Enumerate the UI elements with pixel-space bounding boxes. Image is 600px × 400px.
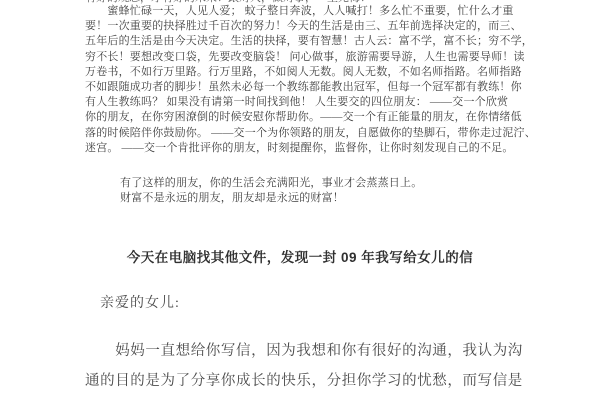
text-line: 不如跟随成功者的脚步！虽然未必每一个教练都能教出冠军，但每一个冠军都有教练！你 (85, 80, 525, 95)
text-line: 有了这样的朋友，你的生活会充满阳光，事业才会蒸蒸日上。 (120, 176, 540, 191)
text-line: 通的目的是为了分享你成长的快乐，分担你学习的忧愁，而写信是 (85, 366, 530, 396)
text-line: 财富不是永远的朋友，朋友却是永远的财富！ (120, 191, 540, 206)
text-line: 妈妈一直想给你写信，因为我想和你有很好的沟通，我认为沟 (85, 336, 530, 366)
text-line: 你的朋友，在你穷困潦倒的时候安慰你帮助你。——交一个有正能量的朋友，在你情绪低 (85, 110, 525, 125)
text-line: 有人生教练吗？ 如果没有请第一时间找到他！ 人生要交的四位朋友： ——交一个欣赏 (85, 95, 525, 110)
text-line: 穷不长！要想改变口袋，先要改变脑袋！ 问心做事，旅游需要导游，人生也需要导师！读 (85, 50, 525, 65)
letter-paragraph: 妈妈一直想给你写信，因为我想和你有很好的沟通，我认为沟通的目的是为了分享你成长的… (85, 336, 530, 396)
text-line: 要！一次重要的抉择胜过千百次的努力！今天的生活是由三、五年前选择决定的，而三、 (85, 19, 525, 34)
text-line: 五年后的生活是由今天决定。生活的抉择，要有智慧！古人云：富不学，富不长；穷不学， (85, 34, 525, 49)
letter-salutation: 亲爱的女儿: (100, 292, 180, 312)
text-line: 蜜蜂忙碌一天，人见人爱； 蚊子整日奔波，人人喊打！多么忙不重要，忙什么才重 (85, 4, 525, 19)
text-line: 迷宫。 ——交一个肯批评你的朋友，时刻提醒你，监督你，让你时刻发现自己的不足。 (85, 141, 525, 156)
article-heading: 今天在电脑找其他文件，发现一封 09 年我写给女儿的信 (0, 246, 600, 266)
text-line: 万卷书，不如行万里路。行万里路，不如阅人无数。阅人无数，不如名师指路。名师指路 (85, 65, 525, 80)
text-line: 落的时候陪伴你鼓励你。 ——交一个为你领路的朋友，自愿做你的垫脚石，带你走过泥泞… (85, 126, 525, 141)
friends-note-paragraph: 有了这样的朋友，你的生活会充满阳光，事业才会蒸蒸日上。财富不是永远的朋友，朋友却… (120, 176, 540, 206)
document-page: 有好的观念，才有好的未来！跟对人，做对事，一生无悔！ 蜜蜂忙碌一天，人见人爱； … (0, 0, 600, 400)
intro-paragraph: 蜜蜂忙碌一天，人见人爱； 蚊子整日奔波，人人喊打！多么忙不重要，忙什么才重要！一… (85, 4, 525, 156)
